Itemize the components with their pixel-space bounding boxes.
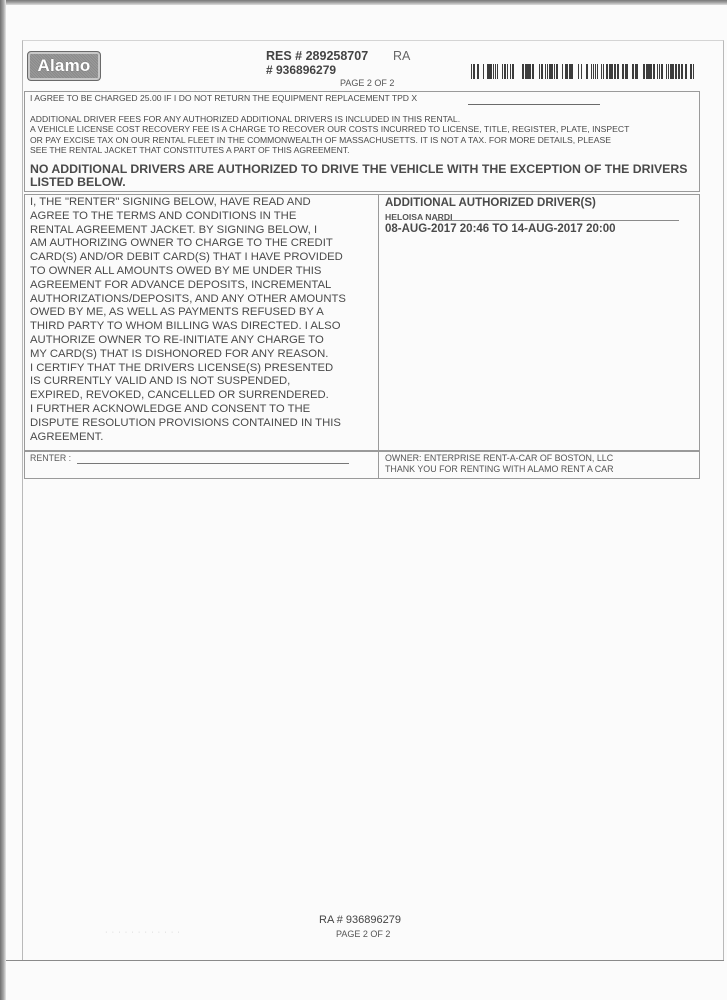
fees-line: OR PAY EXCISE TAX ON OUR RENTAL FLEET IN… [30,135,700,145]
terms-line: DISPUTE RESOLUTION PROVISIONS CONTAINED … [30,417,380,431]
alamo-logo: Alamo [27,51,101,81]
terms-line: I FURTHER ACKNOWLEDGE AND CONSENT TO THE [30,403,380,417]
fees-line: SEE THE RENTAL JACKET THAT CONSTITUTES A… [30,145,700,155]
notice-line: NO ADDITIONAL DRIVERS ARE AUTHORIZED TO … [30,163,700,176]
terms-line: MY CARD(S) THAT IS DISHONORED FOR ANY RE… [30,348,380,362]
ra-label: RA [393,49,410,63]
terms-line: CARD(S) AND/OR DEBIT CARD(S) THAT I HAVE… [30,251,380,265]
terms-line: IS CURRENTLY VALID AND IS NOT SUSPENDED, [30,375,380,389]
terms-line: TO OWNER ALL AMOUNTS OWED BY ME UNDER TH… [30,265,380,279]
terms-line: EXPIRED, REVOKED, CANCELLED OR SURRENDER… [30,389,380,403]
logo-text: Alamo [38,56,91,76]
driver-signature-line[interactable] [436,220,679,221]
additional-drivers-title: ADDITIONAL AUTHORIZED DRIVER(S) [385,197,596,209]
renter-signature-box [24,450,379,479]
owner-line: THANK YOU FOR RENTING WITH ALAMO RENT A … [385,464,613,475]
terms-line: THIRD PARTY TO WHOM BILLING WAS DIRECTED… [30,320,380,334]
tpd-signature-line[interactable] [468,104,600,105]
renter-signature-line[interactable] [77,463,349,464]
reservation-number: RES # 289258707 [266,49,368,63]
terms-line: AGREE TO THE TERMS AND CONDITIONS IN THE [30,210,380,224]
terms-line: AM AUTHORIZING OWNER TO CHARGE TO THE CR… [30,237,380,251]
terms-line: I, THE "RENTER" SIGNING BELOW, HAVE READ… [30,196,380,210]
owner-text: OWNER: ENTERPRISE RENT-A-CAR OF BOSTON, … [385,453,613,475]
renter-label: RENTER : [30,453,71,463]
terms-text: I, THE "RENTER" SIGNING BELOW, HAVE READ… [30,196,380,444]
terms-line: AGREEMENT FOR ADVANCE DEPOSITS, INCREMEN… [30,279,380,293]
owner-line: OWNER: ENTERPRISE RENT-A-CAR OF BOSTON, … [385,453,613,464]
terms-line: AUTHORIZE OWNER TO RE-INITIATE ANY CHARG… [30,334,380,348]
terms-line: RENTAL AGREEMENT JACKET. BY SIGNING BELO… [30,224,380,238]
footer-ra-number: RA # 936896279 [319,914,401,926]
rental-agreement-number: # 936896279 [266,63,336,77]
scan-line-bottom [6,960,724,961]
barcode-icon [471,64,695,79]
terms-line: OWED BY ME, AS WELL AS PAYMENTS REFUSED … [30,306,380,320]
terms-line: AGREEMENT. [30,431,380,445]
no-additional-drivers-notice: NO ADDITIONAL DRIVERS ARE AUTHORIZED TO … [30,163,700,189]
terms-line: I CERTIFY THAT THE DRIVERS LICENSE(S) PR… [30,362,380,376]
fees-line: ADDITIONAL DRIVER FEES FOR ANY AUTHORIZE… [30,114,700,124]
footer-page-indicator: PAGE 2 OF 2 [336,929,390,939]
notice-line: LISTED BELOW. [30,176,700,189]
scan-edge-top [0,0,727,5]
scan-edge-left [0,0,6,1000]
fees-line: A VEHICLE LICENSE COST RECOVERY FEE IS A… [30,124,700,134]
driver-authorization-dates: 08-AUG-2017 20:46 TO 14-AUG-2017 20:00 [385,223,616,235]
equipment-charge-line: I AGREE TO BE CHARGED 25.00 IF I DO NOT … [30,93,417,103]
fees-block: ADDITIONAL DRIVER FEES FOR ANY AUTHORIZE… [30,114,700,156]
terms-line: AUTHORIZATIONS/DEPOSITS, AND ANY OTHER A… [30,293,380,307]
footer-faint-text: · · · · · · · · · · · · [105,927,181,936]
page-indicator-top: PAGE 2 OF 2 [340,78,394,88]
